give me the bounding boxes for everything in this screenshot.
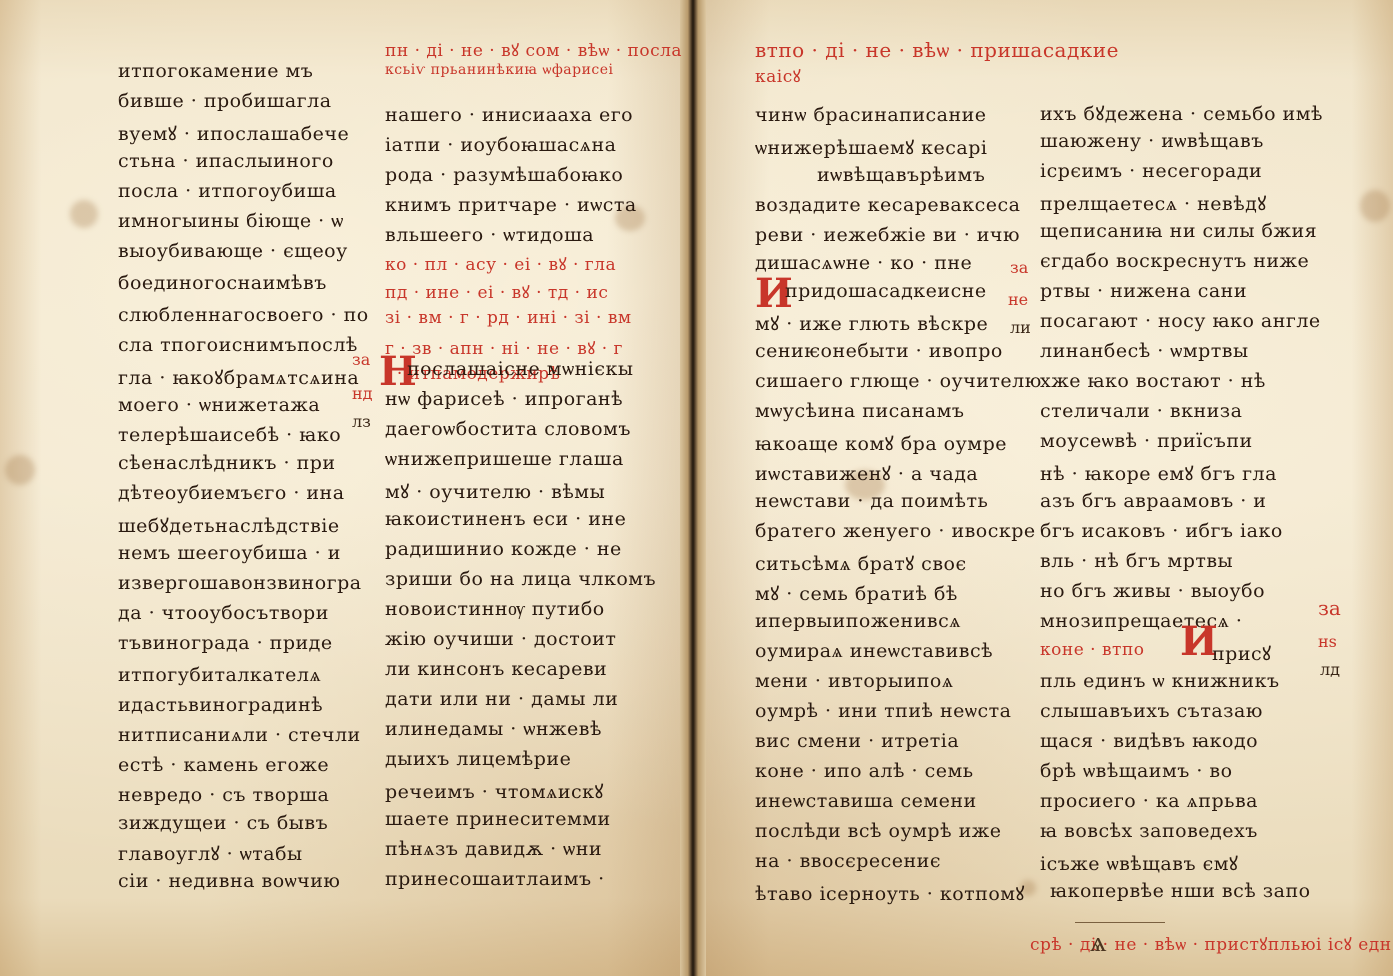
text-line: вуемꙋ · ипослашабече — [118, 120, 349, 146]
text-line: сла тпогоиснимъпослѣ — [118, 334, 358, 356]
text-line: дыихъ лицемѣрие — [385, 748, 571, 770]
rubric-line: пд · ине · еі · вꙋ · тд · ис — [385, 280, 608, 303]
text-line: итпогокамение мъ — [118, 60, 313, 82]
text-line: идастьвиноградинѣ — [118, 694, 323, 716]
text-line: азъ бгъ авраамовъ · и — [1040, 490, 1266, 512]
text-line: итпогубиталкателѧ — [118, 664, 321, 687]
margin-note: нд — [352, 384, 373, 404]
text-line: вис смени · итретіа — [755, 730, 959, 752]
text-line: выоубивающе · єщеоу — [118, 240, 348, 262]
text-line: дѣтеоубиемъєго · ина — [118, 482, 345, 504]
margin-note: за — [1318, 598, 1341, 618]
text-line: бивше · пробишагла — [118, 90, 332, 112]
text-line: ли кинсонъ кесареви — [385, 658, 607, 680]
text-line: дати или ни · дамы ли — [385, 688, 618, 710]
text-line: єгдабо воскреснутъ ниже — [1040, 250, 1309, 272]
margin-note: лз — [352, 412, 371, 432]
rubric-line: ко · пл · асу · еі · вꙋ · гла — [385, 252, 616, 275]
text-line: вльшеего · ѡтидоша — [385, 224, 594, 247]
text-line: стеличали · вкниза — [1040, 400, 1242, 422]
text-line: пль единъ ѡ книжникъ — [1040, 670, 1280, 693]
text-line: но бгъ живы · выоубо — [1040, 580, 1265, 602]
manuscript-spread: итпогокамение мъ бивше · пробишагла вуем… — [0, 0, 1393, 976]
margin-note: за — [352, 350, 370, 370]
text-line: шебꙋдетьнаслѣдствіе — [118, 512, 340, 538]
rubric-line: каісꙋ — [755, 64, 801, 87]
text-line: слюбленнагосвоего · по — [118, 304, 369, 326]
text-line: шаюжену · иѡвѣщавъ — [1040, 130, 1264, 153]
text-line: боединогоснаимѣвъ — [118, 272, 327, 294]
text-line: ѣтаво ісерноуть · котпомꙋ — [755, 880, 1025, 906]
text-line: ситьсѣмѧ братꙋ своє — [755, 550, 967, 576]
text-line: щася · видѣвъ ꙗкодо — [1040, 730, 1258, 752]
margin-note: лд — [1320, 660, 1340, 680]
text-line: илинедамы · ѡнжевѣ — [385, 718, 602, 741]
rubric-line: втпо · ді · не · вѣѡ · пришасадкие — [755, 38, 1119, 63]
text-line: ѡнижерѣшаемꙋ кесарі — [755, 134, 988, 160]
text-line: зриши бо на лица члкомъ — [385, 568, 656, 590]
text-line: нитписаниѧли · стечли — [118, 724, 361, 747]
text-line: неѡстави · да поимѣть — [755, 490, 988, 513]
text-line: бгъ исаковъ · ибгъ іако — [1040, 520, 1283, 542]
text-line: сѣенаслѣдникъ · при — [118, 452, 336, 474]
text-line: рода · разумѣшабоꙗко — [385, 164, 623, 186]
book-gutter — [680, 0, 706, 976]
text-line: инеѡставиша семени — [755, 790, 977, 813]
text-line: братего женуего · ивоскре — [755, 520, 1036, 542]
rubric-line: коне · втпо — [1040, 640, 1145, 660]
text-line: посла · итпогоубиша — [118, 180, 337, 202]
text-line: послашаісне мѡнієкы — [407, 358, 634, 381]
text-line: на · ввосєресениє — [755, 850, 941, 872]
margin-note: за — [1010, 258, 1028, 278]
text-line: коне · ипо алѣ · семь — [755, 760, 974, 782]
text-line: невредо · съ творша — [118, 784, 329, 806]
text-line: нѣ · ꙗкоре емꙋ бгъ гла — [1040, 460, 1277, 486]
rubric-line: зі · вм · г · рд · ині · зі · вм — [385, 308, 632, 328]
text-line: мꙋ · иже глють вѣскре — [755, 310, 988, 336]
text-line: естѣ · камень егоже — [118, 754, 329, 776]
text-line: да · чтооубосътвори — [118, 602, 329, 624]
text-line: принесошаитлаимъ · — [385, 868, 605, 890]
rubric-line: пн · ді · не · вꙋ сом · вѣѡ · посла — [385, 38, 682, 61]
margin-note: ли — [1010, 318, 1031, 338]
text-line: ісъже ѡвѣщавъ ємꙋ — [1040, 850, 1238, 876]
margin-note: не — [1008, 290, 1028, 310]
text-line: послѣди всѣ оумрѣ иже — [755, 820, 1001, 842]
text-line: мѡусѣина писанамъ — [755, 400, 964, 423]
text-line: присꙋ — [1212, 640, 1272, 666]
text-line: линанбесѣ · ѡмртвы — [1040, 340, 1249, 363]
text-line: посагают · носу ꙗко англе — [1040, 310, 1321, 332]
text-line: реви · иежебжіе ви · ичю — [755, 224, 1020, 246]
text-line: ихъ бꙋдежена · семьбо имѣ — [1040, 100, 1323, 126]
text-line: ѡнижепришеше глаша — [385, 448, 624, 471]
text-line: ꙗкоаще комꙋ бра оумре — [755, 430, 1007, 456]
text-line: немъ шеегоубиша · и — [118, 542, 341, 564]
stain — [70, 200, 98, 228]
text-line: моусеѡвѣ · приїсъпи — [1040, 430, 1253, 453]
text-line: ісрєимъ · несегоради — [1040, 160, 1262, 182]
stain — [5, 455, 35, 485]
text-line: пѣнѧзъ давидѫ · ѡни — [385, 838, 602, 861]
text-line: ртвы · нижена сани — [1040, 280, 1247, 302]
text-line: главоуглꙋ · ѡтабы — [118, 840, 303, 866]
text-line: нѡ фарисеѣ · ипроганѣ — [385, 388, 623, 411]
text-line: имногыины біюще · ѡ — [118, 210, 344, 233]
stain — [1360, 190, 1390, 222]
text-line: брѣ ѡвѣщаимъ · во — [1040, 760, 1233, 783]
text-line: извергошавонзвиногра — [118, 572, 362, 594]
signature-rule — [1075, 922, 1165, 923]
text-line: мꙋ · оучителю · вѣмы — [385, 478, 605, 504]
quire-signature-mark: ѧ — [1090, 925, 1107, 959]
text-line: стьна · ипаслыиного — [118, 150, 334, 172]
text-line: телерѣшаисебѣ · ꙗко — [118, 424, 341, 446]
text-line: речеимъ · чтомѧискꙋ — [385, 778, 604, 804]
text-line: ꙗ вовсѣх заповедехъ — [1040, 820, 1258, 842]
text-line: тъвинограда · приде — [118, 632, 333, 654]
text-line: слышавъихъ сътазаю — [1040, 700, 1263, 722]
text-line: радишинио кожде · не — [385, 538, 622, 560]
text-line: иѡвѣщавърѣимъ — [817, 164, 985, 187]
text-line: сіи · недивна воѡчию — [118, 870, 340, 893]
text-line: чинѡ брасинаписание — [755, 104, 987, 127]
text-line: хже ꙗко востают · нѣ — [1040, 370, 1266, 392]
text-line: воздадите кесареваксеса — [755, 194, 1020, 216]
text-line: нашего · инисиааха его — [385, 104, 633, 126]
text-line: иѡставиженꙋ · а чада — [755, 460, 978, 486]
text-line: іатпи · иоубоꙗшасѧна — [385, 134, 616, 157]
text-line: ꙗкопервѣе нши всѣ запо — [1050, 880, 1311, 902]
text-line: новоистиннѹ путибо — [385, 598, 605, 621]
text-line: придошасадкеисне — [785, 280, 987, 302]
rubric-line: ксьіѵ прьанинѣкиꙗ ѡфарисеі — [385, 62, 614, 79]
text-line: мени · ивторыипоѧ — [755, 670, 954, 693]
text-line: мꙋ · семь братиѣ бѣ — [755, 580, 958, 606]
text-line: сишаего глюще · оучителю — [755, 370, 1042, 392]
rubric-line: г · зв · апн · ні · не · вꙋ · г — [385, 336, 623, 359]
text-line: даегоѡбостита словомъ — [385, 418, 631, 441]
text-line: моего · ѡнижетажа — [118, 394, 320, 417]
text-line: прелщаетесѧ · невѣдꙋ — [1040, 190, 1267, 216]
text-line: ꙗкоистиненъ еси · ине — [385, 508, 626, 530]
text-line: сениѥонебыти · ивопро — [755, 340, 1003, 362]
text-line: зиждущеи · съ бывъ — [118, 812, 328, 834]
text-line: жію оучиши · достоит — [385, 628, 616, 650]
text-line: книмъ притчаре · иѡста — [385, 194, 637, 217]
text-line: оумрѣ · ини тпиѣ неѡста — [755, 700, 1011, 723]
text-line: просиего · ка ѧпрьва — [1040, 790, 1258, 813]
text-line: оумираѧ инеѡставивсѣ — [755, 640, 993, 663]
text-line: щеписаниꙗ ни силы бжия — [1040, 220, 1317, 242]
text-line: шаете принеситемми — [385, 808, 611, 830]
text-line: вль · нѣ бгъ мртвы — [1040, 550, 1233, 572]
text-line: ипервыипоженивсѧ — [755, 610, 961, 633]
margin-note: нѕ — [1318, 632, 1337, 652]
text-line: гла · ꙗкоꙋбрамѧтсѧина — [118, 364, 359, 390]
rubric-line: срѣ · ді · не · вѣѡ · пристꙋпльюі ісꙋ ед… — [1030, 932, 1392, 955]
